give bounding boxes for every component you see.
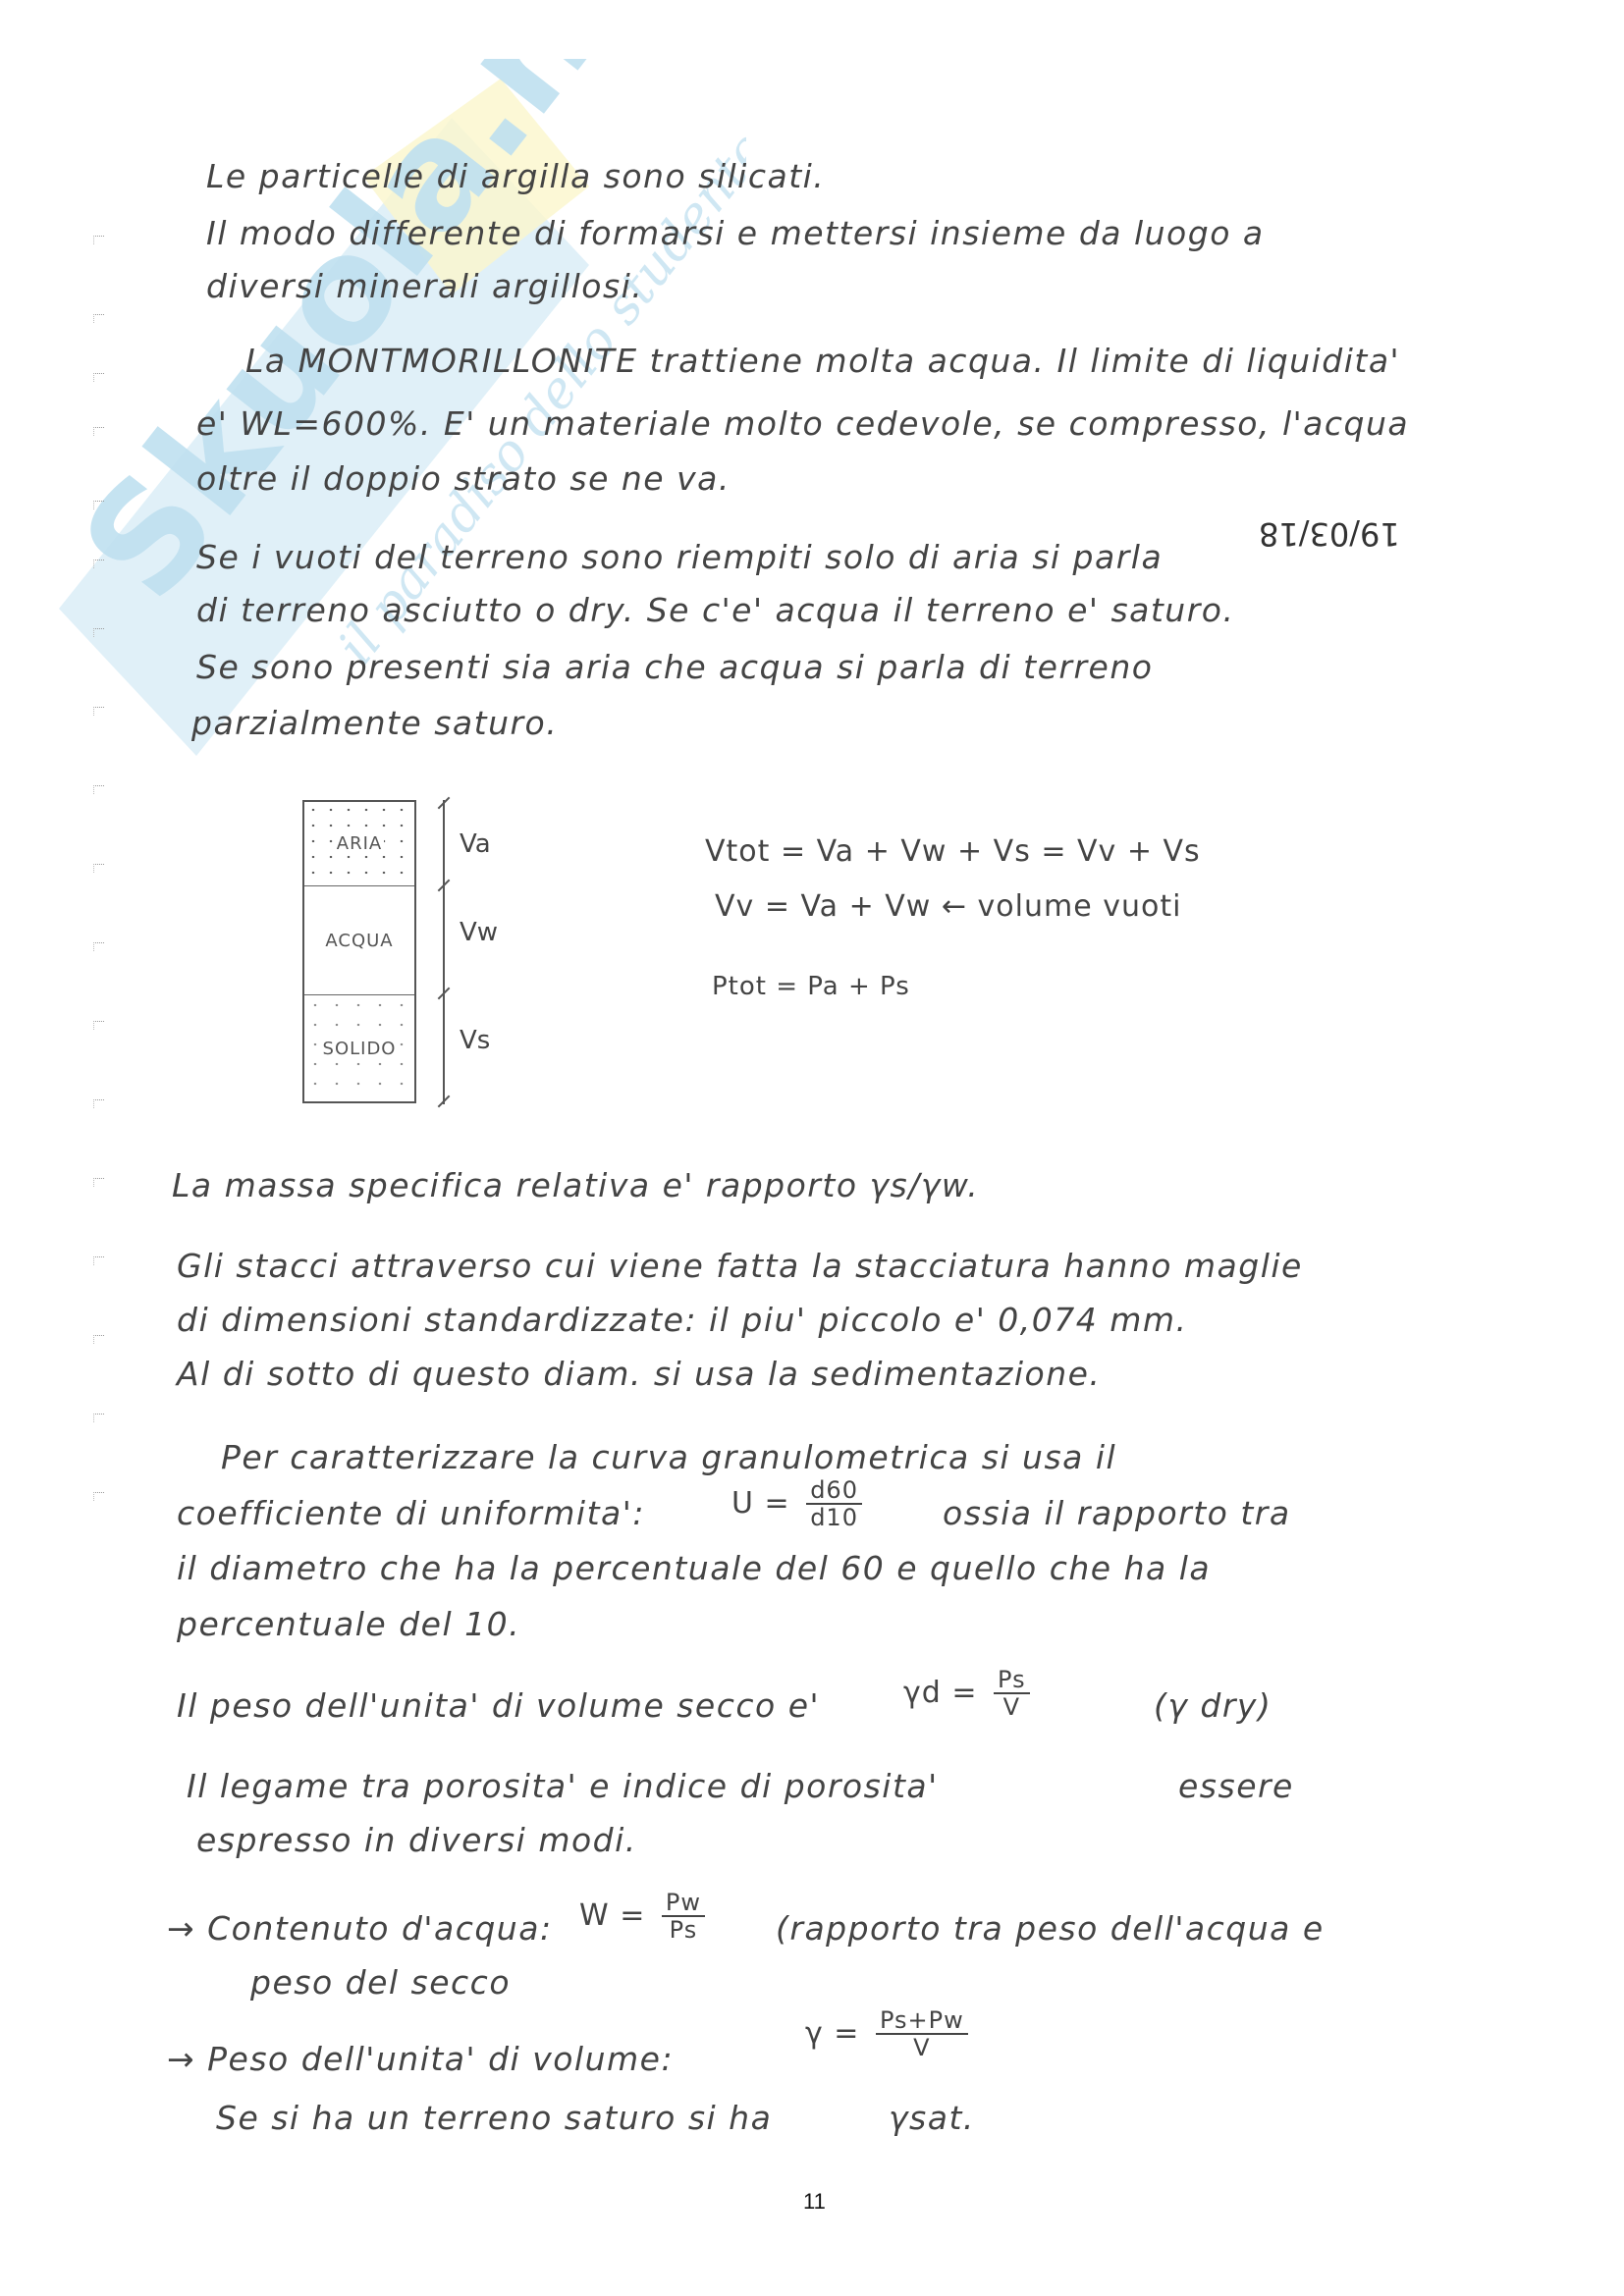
text-line: Se sono presenti sia aria che acqua si p… [196,648,1153,686]
text-line: Il modo differente di formarsi e metters… [206,214,1265,252]
text-line: Se i vuoti del terreno sono riempiti sol… [196,538,1163,576]
formula-lhs: γd = [903,1676,977,1710]
fraction: d60 d10 [806,1477,862,1531]
volume-label-solid: Vs [460,1026,490,1055]
text-line: Il legame tra porosita' e indice di poro… [187,1767,939,1805]
equation-total-volume: Vtot = Va + Vw + Vs = Vv + Vs [705,834,1201,869]
text-line: La massa specifica relativa e' rapporto … [172,1166,979,1204]
margin-binder-marks [93,216,113,1610]
date-annotation: 19/03/18 [1259,515,1400,553]
unit-weight-formula: γ = Ps+Pw V [805,2007,974,2061]
equation-total-weight: Ptot = Pa + Ps [712,972,910,1001]
fraction: Ps V [994,1667,1030,1721]
text-line: → Contenuto d'acqua: [167,1909,553,1948]
text-line: peso del secco [250,1963,511,2002]
formula-lhs: γ = [805,2016,859,2051]
text-line: La MONTMORILLONITE trattiene molta acqua… [245,342,1400,380]
fraction-numerator: d60 [806,1477,862,1505]
text-line: γsat. [889,2099,975,2137]
text-line: Per caratterizzare la curva granulometri… [221,1438,1116,1476]
text-line: parzialmente saturo. [191,704,558,742]
text-line: → Peso dell'unita' di volume: [167,2040,674,2078]
text-line: (rapporto tra peso dell'acqua e [776,1909,1325,1948]
dry-unit-weight-formula: γd = Ps V [903,1667,1036,1721]
phase-label: ACQUA [323,931,395,951]
page-number: 11 [803,2189,826,2215]
text-line: Le particelle di argilla sono silicati. [206,157,825,195]
text-line: espresso in diversi modi. [196,1821,637,1859]
fraction-denominator: Ps [666,1917,702,1943]
text-line: Se si ha un terreno saturo si ha [216,2099,772,2137]
equation-void-volume: Vv = Va + Vw ← volume vuoti [715,889,1181,924]
text-line: diversi minerali argillosi. [206,267,643,305]
text-line: coefficiente di uniformita': [177,1494,645,1532]
water-content-formula: W = Pw Ps [579,1890,711,1944]
phase-solid: SOLIDO [304,995,414,1101]
text-line: e' WL=600%. E' un materiale molto cedevo… [196,404,1409,443]
phase-column: ARIA ACQUA SOLIDO [302,800,416,1103]
text-line: essere [1178,1767,1294,1805]
phase-water: ACQUA [304,886,414,995]
volume-axis [443,800,445,1104]
text-line: oltre il doppio strato se ne va. [196,459,731,498]
formula-lhs: W = [579,1898,645,1933]
text-line: Gli stacci attraverso cui viene fatta la… [177,1247,1303,1285]
fraction-numerator: Pw [662,1890,705,1917]
text-line: di terreno asciutto o dry. Se c'e' acqua… [196,591,1234,629]
text-line: (γ dry) [1154,1686,1272,1725]
text-line: il diametro che ha la percentuale del 60… [177,1549,1211,1587]
text-line: Il peso dell'unita' di volume secco e' [177,1686,820,1725]
phase-air: ARIA [304,802,414,886]
fraction-numerator: Ps [994,1667,1030,1694]
text-line: di dimensioni standardizzate: il piu' pi… [177,1301,1188,1339]
phase-label: ARIA [335,833,384,854]
volume-label-air: Va [460,829,491,859]
text-line: percentuale del 10. [177,1605,520,1643]
fraction-denominator: d10 [806,1505,862,1530]
formula-lhs: U = [731,1486,790,1521]
fraction-denominator: V [909,2035,934,2060]
uniformity-coefficient-formula: U = d60 d10 [731,1477,868,1531]
volume-label-water: Vw [460,918,498,947]
fraction-denominator: V [1000,1694,1024,1720]
phase-label: SOLIDO [321,1039,399,1059]
fraction-numerator: Ps+Pw [876,2007,968,2035]
fraction: Ps+Pw V [876,2007,968,2061]
text-line: Al di sotto di questo diam. si usa la se… [177,1355,1101,1393]
text-line: ossia il rapporto tra [943,1494,1291,1532]
fraction: Pw Ps [662,1890,705,1944]
